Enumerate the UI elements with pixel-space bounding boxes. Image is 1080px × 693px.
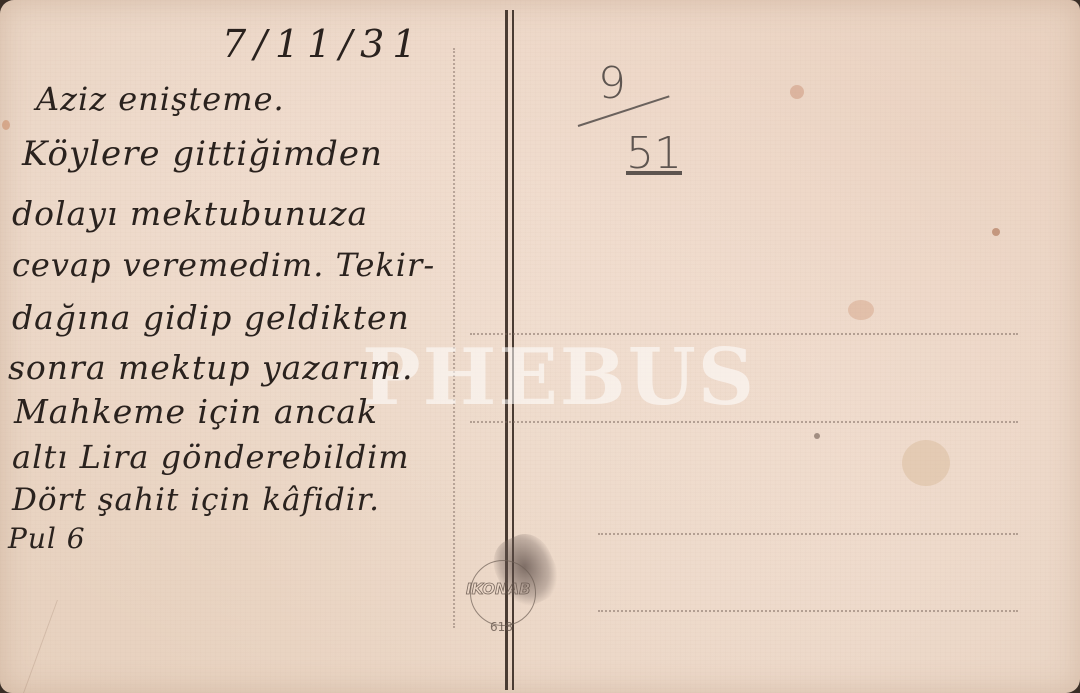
- message-line: Mahkeme için ancak: [14, 392, 378, 431]
- stain: [992, 228, 1000, 236]
- publisher-number: 618: [490, 620, 513, 634]
- address-line-3: [598, 533, 1018, 535]
- stain: [790, 85, 804, 99]
- message-line: Köylere gittiğimden: [22, 134, 383, 174]
- postcard-back: PHEBUS IKONAB 618 9 51 7/11/31 Aziz eniş…: [0, 0, 1080, 693]
- message-line: dolayı mektubunuza: [12, 194, 368, 233]
- message-line: dağına gidip geldikten: [12, 298, 410, 337]
- message-line: sonra mektup yazarım.: [8, 348, 413, 387]
- stain: [814, 433, 820, 439]
- stain: [2, 120, 10, 130]
- pencil-note-denominator: 51: [626, 128, 682, 179]
- message-line: cevap veremedim. Tekir-: [12, 246, 435, 284]
- stain: [848, 300, 874, 320]
- publisher-logo-text: IKONAB: [466, 580, 531, 598]
- handwritten-date: 7/11/31: [222, 22, 425, 66]
- crease: [0, 600, 58, 693]
- message-line: altı Lira gönderebildim: [12, 438, 410, 476]
- message-line: Dört şahit için kâfidir.: [12, 482, 380, 518]
- message-line: Aziz enişteme.: [36, 80, 285, 118]
- message-line: Pul 6: [8, 522, 86, 555]
- pencil-note-numerator: 9: [598, 58, 626, 109]
- watermark: PHEBUS: [362, 332, 756, 423]
- address-line-4: [598, 610, 1018, 612]
- stain: [902, 440, 950, 486]
